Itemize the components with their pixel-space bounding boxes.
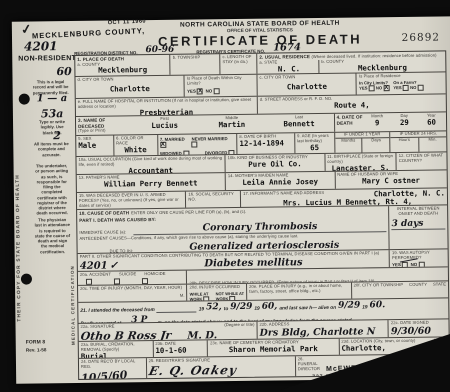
field-residence-limits-farm: Is Place of Residence In City Limits? YE…: [357, 72, 446, 94]
while-at-work-checkbox: [203, 296, 209, 300]
attended-to-date: 9/29: [230, 302, 252, 312]
attended-19c: 19: [362, 305, 367, 310]
injury-occurred-label: 20d. INJURY OCCURRED: [189, 285, 244, 291]
residence-limits-yes-checkbox: [369, 85, 375, 91]
autopsy-no-checkbox: [418, 262, 424, 268]
farm-no-checkbox: [417, 85, 423, 91]
field-registrar-signature: 25. REGISTRAR'S SIGNATURE E. Q. Oakey: [147, 356, 296, 378]
hole-punch-dot-2: [21, 273, 32, 284]
industry-value: Pure Oil Co.: [228, 160, 323, 169]
field-occupation: 10a. USUAL OCCUPATION (Give kind of work…: [76, 155, 225, 174]
degree-label: (Degree or title): [224, 323, 254, 328]
location-value: Charlotte,: [341, 344, 386, 353]
age-value: 65: [297, 144, 332, 153]
farm-yes-label: YES: [393, 85, 401, 90]
death-city-limits-question: Is Place of Death Within City Limits?: [187, 76, 255, 87]
death-day-value: 29: [392, 119, 417, 127]
last-name-value: Bennett: [266, 120, 331, 129]
type-legibly-note: Type or write legibly. Use black ink.: [35, 119, 69, 135]
injury-time-label: 20c. TIME OF INJURY: [80, 285, 123, 291]
widowed-label: WIDOWED: [160, 151, 182, 155]
accident-checkbox: [86, 279, 92, 285]
field-ssn: 16. SOCIAL SECURITY NO.: [186, 191, 241, 208]
margin-code-1a: 1 — a: [37, 93, 68, 104]
suicide-label: SUICIDE: [119, 272, 136, 277]
residence-question: Is Place of Residence: [359, 73, 444, 79]
attended-to-text: to: [224, 307, 229, 312]
field-name-of-deceased: 3. NAME OF DECEASED (Type or Print) Firs…: [76, 114, 335, 135]
injury-state-label: STATE: [433, 282, 446, 287]
injury-m-label: M.: [80, 294, 184, 300]
accident-label: 20a. ACCIDENT: [80, 273, 111, 278]
field-spouse-name: NAME OF HUSBAND OR WIFE Mary C ostner: [335, 170, 447, 188]
sex-value: Male: [78, 141, 111, 150]
field-physician-address: 22b. ADDRESS Drs Bldg, Charlotte N C: [258, 320, 389, 339]
field-age: 9. AGE (In years last birthday) 65: [295, 133, 335, 153]
autopsy-label: 19. WAS AUTOPSY PERFORMED?: [392, 250, 446, 260]
dob-value: 12-14-1894: [239, 139, 292, 148]
first-name-value: Lucius: [132, 121, 197, 130]
date-signed-value: 9/30/60: [391, 325, 447, 337]
field-place-city: d. CITY OR TOWN Charlotte: [75, 76, 185, 98]
field-burial-date: 23b. DATE 10-1-60: [153, 340, 208, 357]
certificate-paper: ✓ MECKLENBURG COUNTY, OCT 11 1960 4201 N…: [12, 16, 450, 383]
autopsy-yes-checkbox: [402, 262, 408, 267]
attended-saw-date: 9/29: [338, 300, 360, 310]
homicide-checkbox: [142, 278, 148, 284]
farm-yes-checkbox: [403, 85, 409, 91]
field-township: b. TOWNSHIP: [171, 54, 221, 75]
cemetery-value: Sharon Memorial Park: [210, 345, 336, 355]
race-value: White: [116, 146, 155, 155]
place-city-value: Charlotte: [78, 85, 182, 94]
hours-label: Hours: [391, 138, 420, 152]
attended-pre-text: 21. I attended the deceased from: [80, 308, 154, 314]
hole-punch-dot: [19, 94, 30, 105]
homicide-label: HOMICIDE: [144, 272, 165, 277]
field-cemetery: 23c. NAME OF CEMETERY OR CREMATORY Sharo…: [208, 339, 339, 357]
injury-county-label: COUNTY: [409, 283, 427, 288]
field-interval: INTERVAL BETWEEN ONSET AND DEATH 3 days: [389, 205, 447, 249]
certificate-serial: 26892: [402, 31, 441, 43]
death-limits-no-label: NO: [206, 88, 213, 93]
field-cause-of-death: 18. CAUSE OF DEATH ENTER ONLY ONE CAUSE …: [77, 206, 390, 253]
field-residence-city: c. CITY OR TOWN Charlotte: [257, 74, 357, 96]
death-occurred-time: 3 P: [123, 315, 155, 323]
field-date-of-birth: 8. DATE OF BIRTH 12-14-1894: [237, 133, 295, 154]
death-limits-yes-label: YES: [187, 88, 196, 93]
interval-label: INTERVAL BETWEEN ONSET AND DEATH: [391, 206, 445, 216]
field-autopsy: 19. WAS AUTOPSY PERFORMED? YES NO: [390, 249, 448, 267]
field-accident-suicide-homicide: 20a. ACCIDENT SUICIDE HOMICIDE: [78, 271, 188, 285]
married-checkbox: X: [160, 142, 166, 148]
cause-label: 18. CAUSE OF DEATH: [79, 210, 129, 216]
attended-saw-year: 60.: [369, 300, 385, 310]
injury-time-note: (MONTH, DAY, YEAR, HOUR): [124, 285, 182, 291]
undertaker-note: The undertaker, or person acting as such…: [34, 163, 71, 216]
field-date-received: 24. DATE REC'D BY LOCAL REG. 10/5/60: [79, 358, 147, 379]
death-date-label: 4. DATE OF DEATH: [337, 114, 363, 127]
injury-place-label: 20e. PLACE OF INJURY (e.g., in or about …: [249, 284, 349, 295]
birthplace-value: Lancaster, S. C.: [327, 164, 394, 171]
never-married-checkbox: [192, 141, 198, 147]
attended-19a: 19: [199, 307, 204, 312]
death-limits-no-checkbox: [213, 88, 219, 94]
field-burial-type: 23a. BURIAL, CREMATION, REMOVAL (Specify…: [79, 341, 154, 358]
stay-label: c. LENGTH OF STAY (in da.): [222, 55, 254, 65]
field-industry: 10b. KIND OF BUSINESS OR INDUSTRY Pure O…: [226, 154, 326, 172]
suicide-checkbox: [114, 278, 120, 284]
field-place-of-death-county: 1. PLACE OF DEATH a. COUNTY Mecklenburg: [75, 55, 171, 76]
death-limits-yes-checkbox: X: [197, 88, 203, 94]
field-place-of-injury: 20e. PLACE OF INJURY (e.g., in or about …: [247, 283, 352, 300]
field-death-city-limits: Is Place of Death Within City Limits? YE…: [185, 75, 258, 97]
field-citizen: 12. CITIZEN OF WHAT COUNTRY?: [397, 152, 447, 170]
township-label: b. TOWNSHIP: [173, 55, 218, 60]
field-injury-occurred: 20d. INJURY OCCURRED WHILE AT WORK NOT W…: [187, 284, 247, 301]
mother-value: Leila Annie Josey: [228, 178, 332, 187]
field-physician-signature: 22a. SIGNATURE (Degree or title) Otho B …: [79, 322, 258, 341]
vertical-copy-note: THEIR COPY FOR STATE BOARD OF HEALTH: [15, 142, 22, 322]
injury-city-label: 20f. CITY OR TOWNSHIP: [354, 283, 404, 289]
death-month-value: 9: [365, 119, 390, 127]
residence-state-value: N. C.: [259, 65, 318, 74]
margin-code-60: 60: [56, 65, 71, 78]
field-if-under-1-year: IF UNDER 1 YEAR Months Days: [335, 132, 391, 153]
field-date-signed: 22c. DATE SIGNED 9/30/60: [389, 319, 449, 337]
field-usual-residence: 2. USUAL RESIDENCE (Where deceased lived…: [257, 51, 445, 73]
field-hospital: e. FULL NAME OF HOSPITAL OR INSTITUTION …: [76, 97, 258, 116]
physician-signature-value: Otho B Ross Jr: [80, 329, 172, 341]
field-mother-name: 14. MOTHER'S MAIDEN NAME Leila Annie Jos…: [226, 172, 336, 190]
spouse-value: Mary C ostner: [337, 176, 444, 185]
middle-name-value: Martin: [199, 121, 264, 130]
field-father-name: 13. FATHER'S NAME William Perry Bennett: [77, 173, 226, 192]
field-armed-forces: 15. WAS DECEASED EVER IN U. S. ARMED FOR…: [77, 192, 187, 209]
address-value: Drs Bldg, Charlotte N C: [260, 326, 387, 339]
residence-limits-no-label: NO: [376, 85, 382, 90]
widowed-checkbox: [183, 151, 189, 155]
autopsy-yes-label: YES: [392, 262, 401, 267]
margin-checkmark-icon: ✓: [20, 21, 33, 38]
part2-code-value: 4201: [80, 260, 108, 270]
margin-code-4201: 4201: [24, 39, 58, 53]
medical-certification-vertical-label: MEDICAL CERTIFICATION: [70, 249, 76, 345]
ssn-label: 16. SOCIAL SECURITY NO.: [188, 192, 238, 202]
deceased-note: (Type or Print): [78, 128, 130, 134]
attended-19b: 19: [254, 307, 259, 312]
form-revision: Rev. 1-58: [26, 347, 47, 353]
attended-from-blank: [157, 304, 197, 312]
attended-saw-text: and last saw h— alive on: [279, 306, 336, 312]
residence-limits-no-checkbox: X: [383, 85, 389, 91]
place-city-label: d. CITY OR TOWN: [77, 77, 181, 83]
registrar-signature-value: E. Q. Oakey: [147, 362, 294, 378]
nonresident-stamp: NON-RESIDENT: [18, 55, 76, 63]
field-length-of-stay: c. LENGTH OF STAY (in da.): [220, 54, 257, 74]
physician-note: The physician last in attendance is requ…: [34, 217, 70, 254]
attended-from-year: 52,: [206, 302, 222, 312]
not-while-at-work-checkbox: [229, 296, 235, 301]
field-time-of-injury: 20c. TIME OF INJURY (MONTH, DAY, YEAR, H…: [78, 285, 188, 302]
form-number: FORM 8: [26, 339, 46, 345]
months-label: Months: [335, 138, 363, 152]
farm-no-label: NO: [410, 85, 416, 90]
burial-date-value: 10-1-60: [155, 346, 205, 355]
citizen-label: 12. CITIZEN OF WHAT COUNTRY?: [399, 153, 445, 163]
residence-city-value: Charlotte: [260, 82, 355, 91]
death-year-value: 60: [419, 118, 444, 126]
autopsy-no-label: NO: [411, 262, 418, 267]
form-header: NORTH CAROLINA STATE BOARD OF HEALTH OFF…: [74, 18, 446, 55]
residence-limits-yes-label: YES: [359, 85, 367, 90]
residence-city-label: c. CITY OR TOWN: [259, 75, 354, 81]
field-marital-status: 7. MARRIED X NEVER MARRIED WIDOWED DIVOR…: [158, 134, 238, 155]
field-sex: 5. SEX Male: [76, 135, 114, 155]
certificate-table: 1. PLACE OF DEATH a. COUNTY Mecklenburg …: [74, 50, 450, 380]
residence-county-value: Mecklenburg: [321, 63, 443, 73]
complete-note: All items must be complete and accurate.: [33, 141, 69, 157]
place-county-value: Mecklenburg: [77, 66, 168, 75]
field-if-under-24-hrs: IF UNDER 24 HRS. Hours Min.: [391, 131, 447, 152]
scanned-death-certificate: ✓ MECKLENBURG COUNTY, OCT 11 1960 4201 N…: [0, 0, 450, 392]
field-date-of-death: 4. DATE OF DEATH Month 9 Day 29 Year 60: [335, 112, 447, 131]
burial-value: Burial: [81, 352, 151, 358]
funeral-director-label: 26. FUNERAL DIRECTOR: [298, 357, 325, 372]
min-label: Min.: [419, 137, 446, 152]
field-birthplace: 11. BIRTHPLACE (State or foreign country…: [325, 153, 397, 171]
field-street-address: d. STREET ADDRESS or R. F. D. NO. Route …: [258, 94, 446, 113]
attended-to-year: 60,: [262, 302, 278, 312]
days-label: Days: [363, 138, 390, 153]
part2-checkmark: ✓: [110, 260, 119, 271]
field-injury-city: 20f. CITY OR TOWNSHIP COUNTY STATE: [352, 281, 449, 298]
field-informant: 17. INFORMANT'S NAME AND ADDRESS Charlot…: [241, 188, 447, 207]
interval-value: 3 days: [392, 218, 446, 230]
field-race: 6. COLOR OR RACE White: [114, 135, 158, 156]
